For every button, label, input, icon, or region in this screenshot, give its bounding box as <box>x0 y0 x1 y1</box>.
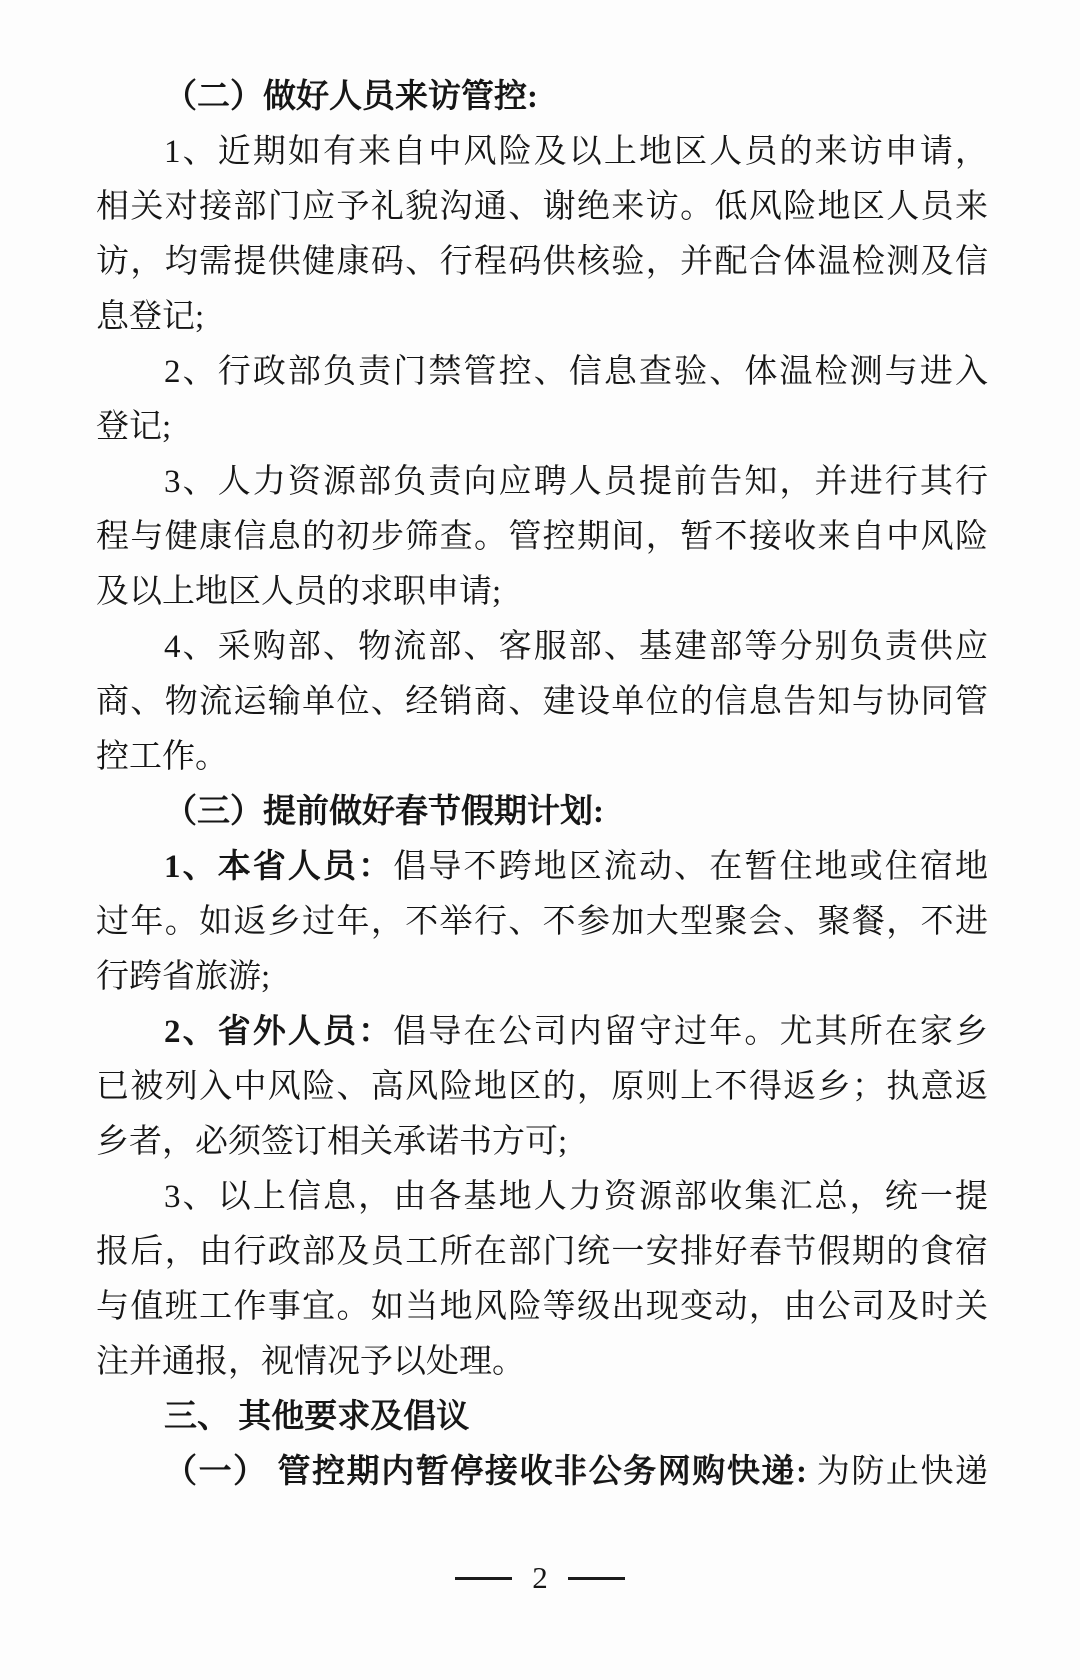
document-body: （二）做好人员来访管控:1、近期如有来自中风险及以上地区人员的来访申请，相关对接… <box>96 70 988 1500</box>
text-line: 行跨省旅游; <box>96 950 988 1005</box>
text-line: 三、 其他要求及倡议 <box>96 1390 988 1445</box>
footer-left-dash <box>455 1577 512 1580</box>
text-line: 3、人力资源部负责向应聘人员提前告知，并进行其行 <box>96 455 988 510</box>
text-line: 访，均需提供健康码、行程码供核验，并配合体温检测及信 <box>96 235 988 290</box>
body-text: 与值班工作事宜。如当地风险等级出现变动，由公司及时关 <box>96 1289 988 1325</box>
body-text: 及以上地区人员的求职申请; <box>96 574 501 610</box>
document-page: （二）做好人员来访管控:1、近期如有来自中风险及以上地区人员的来访申请，相关对接… <box>0 0 1080 1680</box>
body-text: 控工作。 <box>96 739 228 775</box>
body-text: 乡者，必须签订相关承诺书方可; <box>96 1124 567 1160</box>
body-text: 倡导不跨地区流动、在暂住地或住宿地 <box>393 849 988 885</box>
text-line: 过年。如返乡过年，不举行、不参加大型聚会、聚餐，不进 <box>96 895 988 950</box>
body-text: 注并通报，视情况予以处理。 <box>96 1344 525 1380</box>
bold-text: （二）做好人员来访管控: <box>164 79 538 115</box>
bold-text: 1、本省人员： <box>164 849 393 885</box>
body-text: 行跨省旅游; <box>96 959 270 995</box>
footer-right-dash <box>568 1577 625 1580</box>
text-line: 已被列入中风险、高风险地区的，原则上不得返乡；执意返 <box>96 1060 988 1115</box>
text-line: 乡者，必须签订相关承诺书方可; <box>96 1115 988 1170</box>
text-line: 1、近期如有来自中风险及以上地区人员的来访申请， <box>96 125 988 180</box>
text-line: 4、采购部、物流部、客服部、基建部等分别负责供应 <box>96 620 988 675</box>
body-text: 登记; <box>96 409 171 445</box>
bold-text: 三、 其他要求及倡议 <box>164 1399 469 1435</box>
bold-text: （三）提前做好春节假期计划: <box>164 794 604 830</box>
text-line: 登记; <box>96 400 988 455</box>
text-line: 2、省外人员：倡导在公司内留守过年。尤其所在家乡 <box>96 1005 988 1060</box>
text-line: 相关对接部门应予礼貌沟通、谢绝来访。低风险地区人员来 <box>96 180 988 235</box>
body-text: 访，均需提供健康码、行程码供核验，并配合体温检测及信 <box>96 244 988 280</box>
body-text: 相关对接部门应予礼貌沟通、谢绝来访。低风险地区人员来 <box>96 189 988 225</box>
bold-text: 2、省外人员： <box>164 1014 393 1050</box>
body-text: 为防止快递 <box>807 1454 988 1490</box>
body-text: 过年。如返乡过年，不举行、不参加大型聚会、聚餐，不进 <box>96 904 988 940</box>
text-line: （一） 管控期内暂停接收非公务网购快递: 为防止快递 <box>96 1445 988 1500</box>
text-line: 商、物流运输单位、经销商、建设单位的信息告知与协同管 <box>96 675 988 730</box>
body-text: 3、以上信息，由各基地人力资源部收集汇总，统一提 <box>164 1179 988 1215</box>
text-line: 注并通报，视情况予以处理。 <box>96 1335 988 1390</box>
body-text: 商、物流运输单位、经销商、建设单位的信息告知与协同管 <box>96 684 988 720</box>
body-text: 4、采购部、物流部、客服部、基建部等分别负责供应 <box>164 629 988 665</box>
body-text: 程与健康信息的初步筛查。管控期间，暂不接收来自中风险 <box>96 519 988 555</box>
body-text: 倡导在公司内留守过年。尤其所在家乡 <box>393 1014 988 1050</box>
text-line: （二）做好人员来访管控: <box>96 70 988 125</box>
text-line: 及以上地区人员的求职申请; <box>96 565 988 620</box>
text-line: 控工作。 <box>96 730 988 785</box>
page-number: 2 <box>532 1558 548 1598</box>
text-line: （三）提前做好春节假期计划: <box>96 785 988 840</box>
body-text: 报后，由行政部及员工所在部门统一安排好春节假期的食宿 <box>96 1234 988 1270</box>
body-text: 息登记; <box>96 299 204 335</box>
body-text: 3、人力资源部负责向应聘人员提前告知，并进行其行 <box>164 464 988 500</box>
text-line: 2、行政部负责门禁管控、信息查验、体温检测与进入 <box>96 345 988 400</box>
text-line: 息登记; <box>96 290 988 345</box>
bold-text: （一） 管控期内暂停接收非公务网购快递: <box>164 1454 807 1490</box>
text-line: 1、本省人员：倡导不跨地区流动、在暂住地或住宿地 <box>96 840 988 895</box>
page-footer: 2 <box>0 1558 1080 1598</box>
body-text: 2、行政部负责门禁管控、信息查验、体温检测与进入 <box>164 354 988 390</box>
text-line: 与值班工作事宜。如当地风险等级出现变动，由公司及时关 <box>96 1280 988 1335</box>
text-line: 报后，由行政部及员工所在部门统一安排好春节假期的食宿 <box>96 1225 988 1280</box>
body-text: 已被列入中风险、高风险地区的，原则上不得返乡；执意返 <box>96 1069 988 1105</box>
text-line: 3、以上信息，由各基地人力资源部收集汇总，统一提 <box>96 1170 988 1225</box>
body-text: 1、近期如有来自中风险及以上地区人员的来访申请， <box>164 134 988 170</box>
text-line: 程与健康信息的初步筛查。管控期间，暂不接收来自中风险 <box>96 510 988 565</box>
